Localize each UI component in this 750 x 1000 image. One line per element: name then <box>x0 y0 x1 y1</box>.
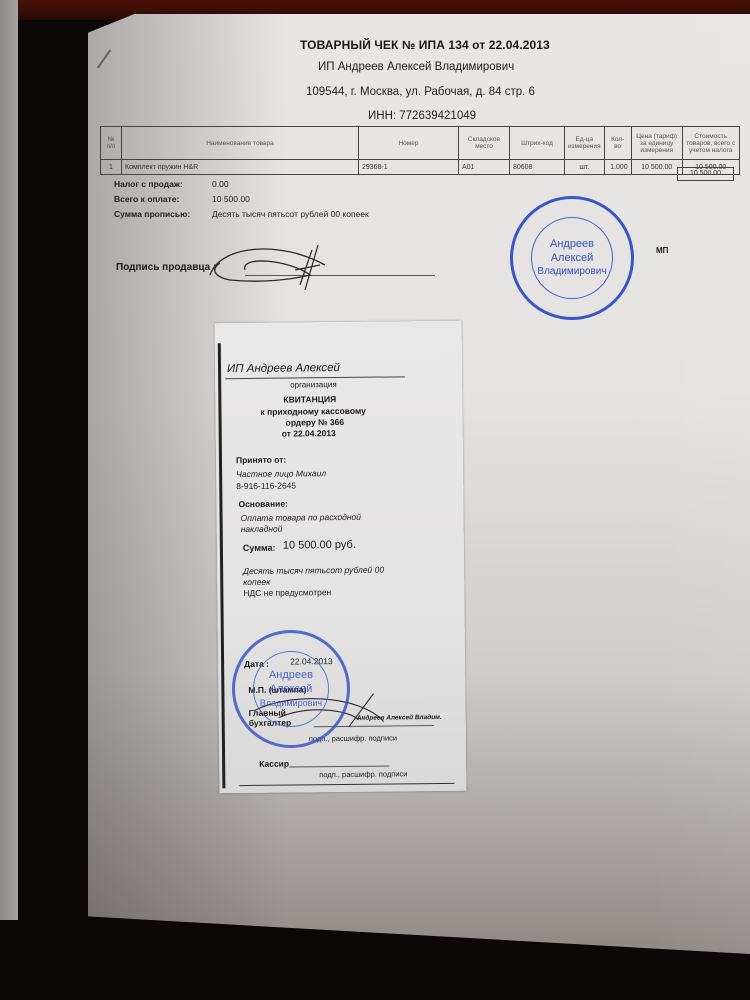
cashier-sig-caption: подп., расшифр. подписи <box>319 769 407 779</box>
basis-label: Основание: <box>238 499 288 510</box>
stamp-inner: Андреев Алексей Владимирович <box>531 217 613 299</box>
seller-name: ИП Андреев Алексей Владимирович <box>318 61 514 73</box>
cashier-label: Кассир <box>259 759 289 769</box>
vat-note: НДС не предусмотрен <box>243 587 331 598</box>
receipt-org-line <box>225 376 405 379</box>
total-label: Всего к оплате: <box>114 194 179 204</box>
table-row: 1 Комплект пружин H&R 29368-1 A01 80608 … <box>101 160 740 175</box>
col-header: Ед-ца измерения <box>565 127 605 160</box>
total-value: 10 500.00 <box>212 194 250 204</box>
cell-unit: шт. <box>565 160 605 175</box>
col-header: Наименование товара <box>122 127 359 160</box>
sum-words-line-1: Десять тысяч пятьсот рублей 00 <box>243 565 384 576</box>
col-header: Цена (тариф) за единицу измерения <box>631 127 682 160</box>
seller-stamp: Андреев Алексей Владимирович <box>510 196 634 320</box>
cell-location: A01 <box>459 160 510 175</box>
sum-words-line-2: копеек <box>243 577 270 587</box>
seller-address: 109544, г. Москва, ул. Рабочая, д. 84 ст… <box>306 86 535 98</box>
basis-line-2: накладной <box>241 524 283 534</box>
receipt-org-label: организация <box>290 380 337 389</box>
sum-value: 10 500.00 руб. <box>283 539 356 552</box>
received-from: Частное лицо Михаил <box>236 468 326 479</box>
table-header-row: № п/п Наименование товара Номер Складско… <box>101 127 740 160</box>
invoice-title: ТОВАРНЫЙ ЧЕК № ИПА 134 от 22.04.2013 <box>300 38 550 52</box>
sum-words-value: Десять тысяч пятьсот рублей 00 копеек <box>212 209 369 219</box>
col-header: Кол-во <box>604 127 631 160</box>
col-header: № п/п <box>101 127 122 160</box>
basis-line-1: Оплата товара по расходной <box>241 512 361 523</box>
stamp-line: Алексей <box>260 682 322 696</box>
col-header: Номер <box>359 127 459 160</box>
sum-label: Сумма: <box>243 543 276 553</box>
cell-number: 29368-1 <box>359 160 459 175</box>
receipt-edge <box>218 343 226 788</box>
col-header: Стоимость товаров, всего с учетом налога <box>682 127 739 160</box>
cell-name: Комплект пружин H&R <box>122 160 359 175</box>
cell-barcode: 80608 <box>510 160 565 175</box>
seller-signature <box>200 235 360 295</box>
tax-label: Налог с продаж: <box>114 179 183 189</box>
mp-label: МП <box>656 246 668 255</box>
cashier-line <box>289 766 389 768</box>
items-table: № п/п Наименование товара Номер Складско… <box>100 126 740 175</box>
tax-value: 0.00 <box>212 179 229 189</box>
stamp-line: Владимирович <box>537 265 606 279</box>
cell-price: 10 500.00 <box>631 160 682 175</box>
seller-inn: ИНН: 772639421049 <box>368 110 476 122</box>
stamp-line: Андреев <box>537 237 606 251</box>
col-header: Складское место <box>459 127 510 160</box>
table-total: 10 500.00 <box>677 167 734 181</box>
receipt-bottom-line <box>239 783 454 786</box>
stamp-line: Андреев <box>260 668 322 682</box>
receipt-organization: ИП Андреев Алексей <box>227 362 340 375</box>
receipt-subtitle: к приходному кассовому <box>260 406 365 417</box>
col-header: Штрих-код <box>510 127 565 160</box>
background-sheet-left <box>0 0 18 920</box>
cell-qty: 1.000 <box>604 160 631 175</box>
receipt-title: КВИТАНЦИЯ <box>283 394 336 405</box>
receipt-date: от 22.04.2013 <box>282 428 336 439</box>
stamp-line: Владимирович <box>260 696 322 710</box>
receipt-order-number: ордеру № 366 <box>286 417 345 428</box>
sum-words-label: Сумма прописью: <box>114 209 190 219</box>
received-phone: 8-916-116-2645 <box>236 480 296 491</box>
receipt-stamp: Андреев Алексей Владимирович <box>232 630 350 748</box>
received-from-label: Принято от: <box>236 455 286 466</box>
stamp-inner: Андреев Алексей Владимирович <box>253 651 329 727</box>
stamp-line: Алексей <box>537 251 606 265</box>
cell-index: 1 <box>101 160 122 175</box>
